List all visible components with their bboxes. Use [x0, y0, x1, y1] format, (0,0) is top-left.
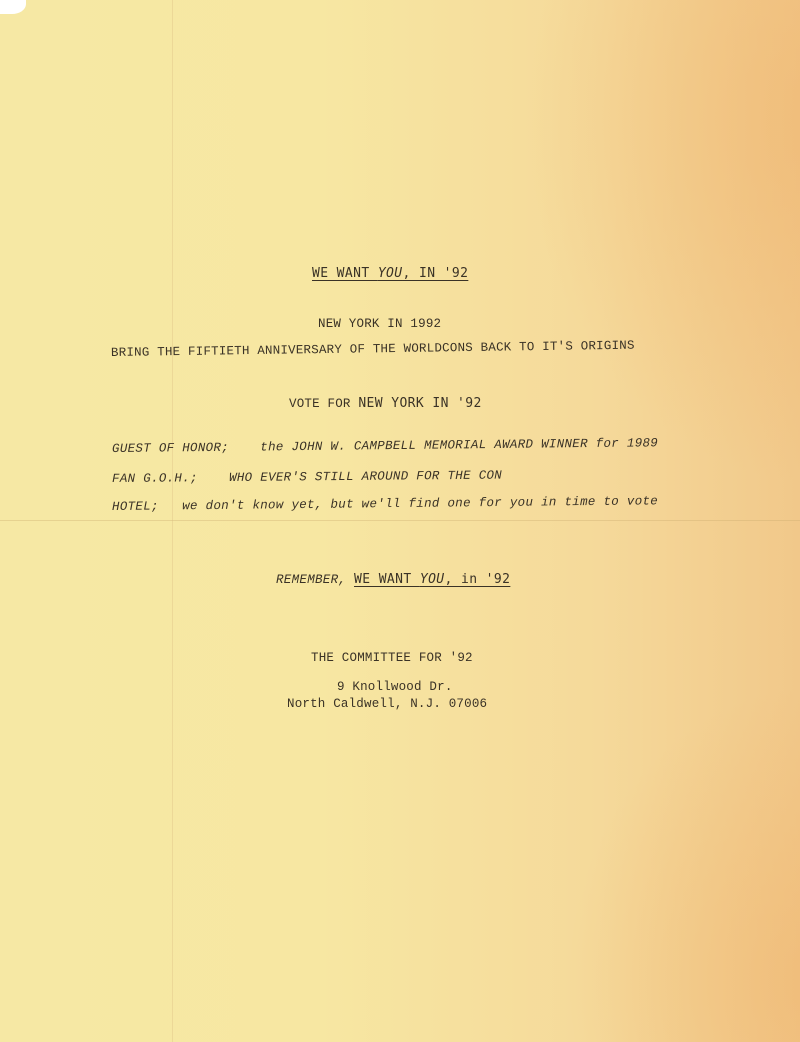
remember-line: REMEMBER, WE WANT YOU, in '92	[276, 570, 510, 588]
torn-corner	[0, 0, 26, 14]
detail-hotel: HOTEL; we don't know yet, but we'll find…	[112, 494, 658, 514]
document-title: WE WANT YOU, IN '92	[312, 266, 468, 281]
paper-fold	[0, 520, 800, 521]
committee-name: THE COMMITTEE FOR '92	[311, 651, 473, 665]
address-street: 9 Knollwood Dr.	[337, 680, 453, 694]
detail-fan-goh: FAN G.O.H.; WHO EVER'S STILL AROUND FOR …	[112, 469, 502, 486]
document-tagline: BRING THE FIFTIETH ANNIVERSARY OF THE WO…	[111, 339, 635, 360]
address-city: North Caldwell, N.J. 07006	[287, 697, 487, 711]
vote-line: VOTE FOR NEW YORK IN '92	[289, 394, 482, 412]
paper-crease	[172, 0, 173, 1042]
document-subtitle: NEW YORK IN 1992	[318, 317, 441, 331]
detail-guest-of-honor: GUEST OF HONOR; the JOHN W. CAMPBELL MEM…	[112, 436, 658, 456]
